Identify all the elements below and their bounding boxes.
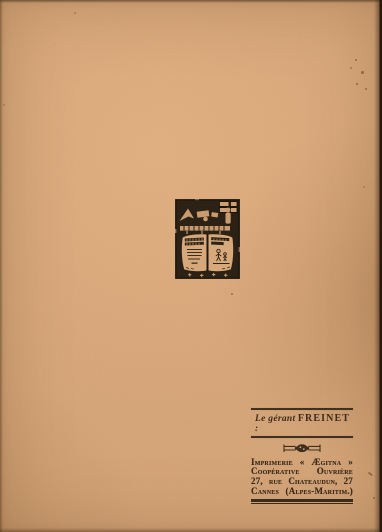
- colophon: Le gérant : FREINET Imprimerie « Ægitna …: [251, 408, 353, 504]
- woodcut-printer-emblem-icon: [175, 199, 240, 279]
- rule-double: [251, 499, 353, 504]
- printer-fleuron-icon: [283, 442, 321, 455]
- imprint-text: Imprimerie « Ægitna » Coopérative Ouvriè…: [251, 458, 353, 497]
- scan-edge-right: [374, 0, 382, 532]
- scan-edge-bottom: [0, 528, 382, 532]
- manager-line: Le gérant : FREINET: [251, 410, 353, 436]
- scanned-back-cover: Le gérant : FREINET Imprimerie « Ægitna …: [0, 0, 382, 532]
- imprint-line: Cannes (Alpes-Maritim.): [251, 487, 353, 497]
- manager-label: Le gérant :: [255, 414, 298, 434]
- printer-emblem-stamp: [175, 199, 240, 279]
- rule-mid: [251, 436, 353, 438]
- scan-edge-top: [0, 0, 382, 3]
- manager-name: FREINET: [298, 413, 350, 424]
- scan-edge-left: [0, 0, 3, 532]
